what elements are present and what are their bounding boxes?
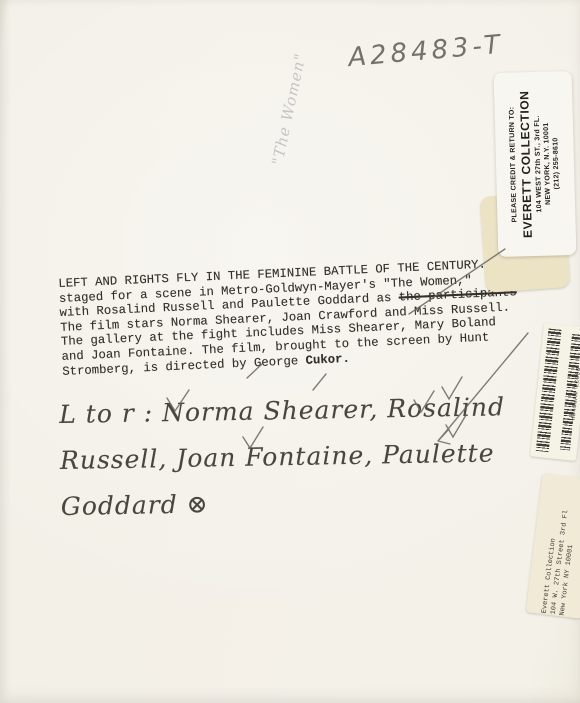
credit-sticker-text: PLEASE CREDIT & RETURN TO: EVERETT COLLE… <box>495 72 576 256</box>
handwritten-line: Goddard ⊗ <box>60 476 521 530</box>
handwritten-line: Russell, Joan Fontaine, Paulette <box>60 430 521 484</box>
credit-phone: (212) 255-8610 <box>552 137 560 189</box>
typed-caption: LEFT AND RIGHTS FLY IN THE FEMININE BATT… <box>58 255 542 379</box>
credit-sticker: PLEASE CREDIT & RETURN TO: EVERETT COLLE… <box>494 71 577 257</box>
credit-address-line: 104 WEST 27th ST., 3rd FL. <box>534 115 544 212</box>
handwritten-line: L to r : Norma Shearer, Rosalind <box>59 384 520 438</box>
handwritten-note: L to r : Norma Shearer, Rosalind Russell… <box>59 384 521 530</box>
credit-address-line: NEW YORK, N.Y. 10001 <box>543 122 552 205</box>
credit-collection-name: EVERETT COLLECTION <box>517 90 535 238</box>
caption-bold-text: Cukor. <box>305 351 350 367</box>
